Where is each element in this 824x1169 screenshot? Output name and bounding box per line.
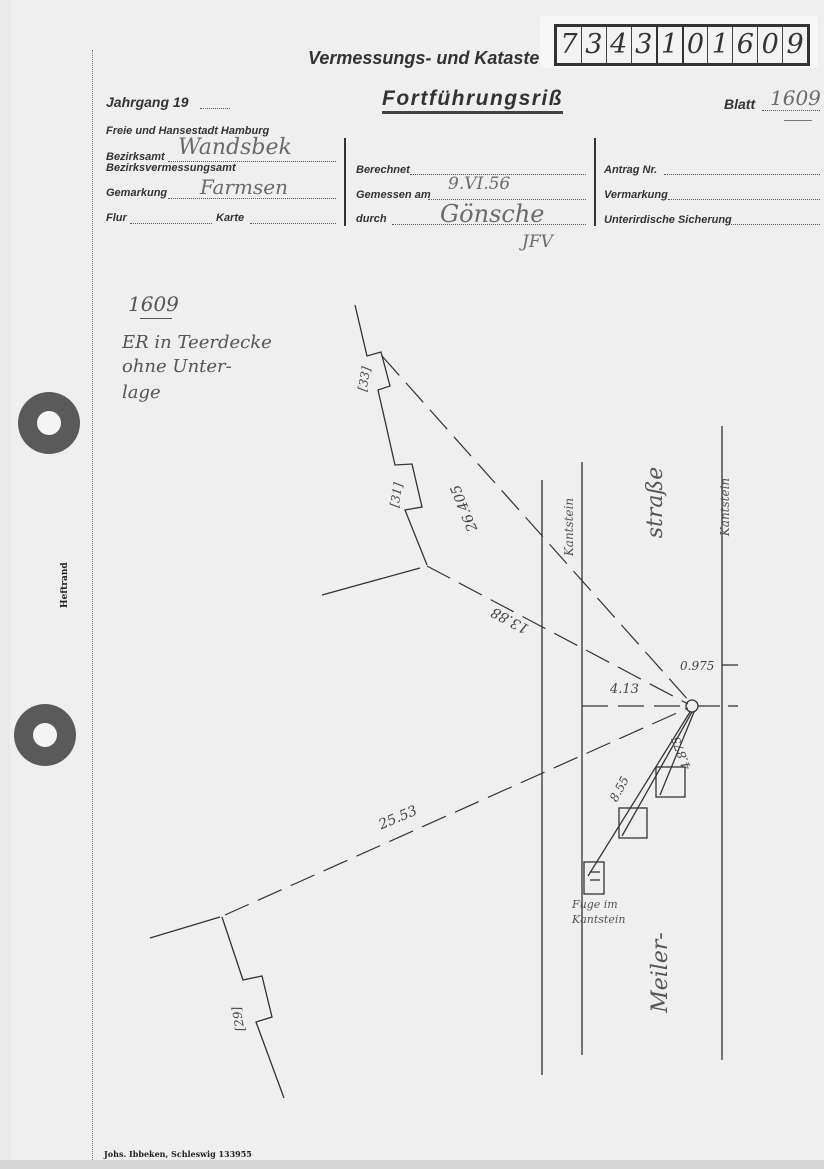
curb-label-right: Kantstein bbox=[718, 478, 732, 536]
joint-note-line: Kantstein bbox=[572, 913, 625, 926]
street-name-part: straße bbox=[643, 467, 668, 538]
survey-sketch bbox=[0, 0, 824, 1169]
printer-imprint: Johs. Ibbeken, Schleswig 133955 bbox=[104, 1149, 252, 1159]
measurement-curb-right: 0.975 bbox=[680, 659, 714, 673]
joint-note-line: Fuge im bbox=[572, 898, 618, 911]
street-name-part: Meiler- bbox=[648, 932, 673, 1013]
curb-label-left: Kantstein bbox=[562, 498, 576, 556]
measurement-curb-left: 4.13 bbox=[610, 682, 639, 697]
